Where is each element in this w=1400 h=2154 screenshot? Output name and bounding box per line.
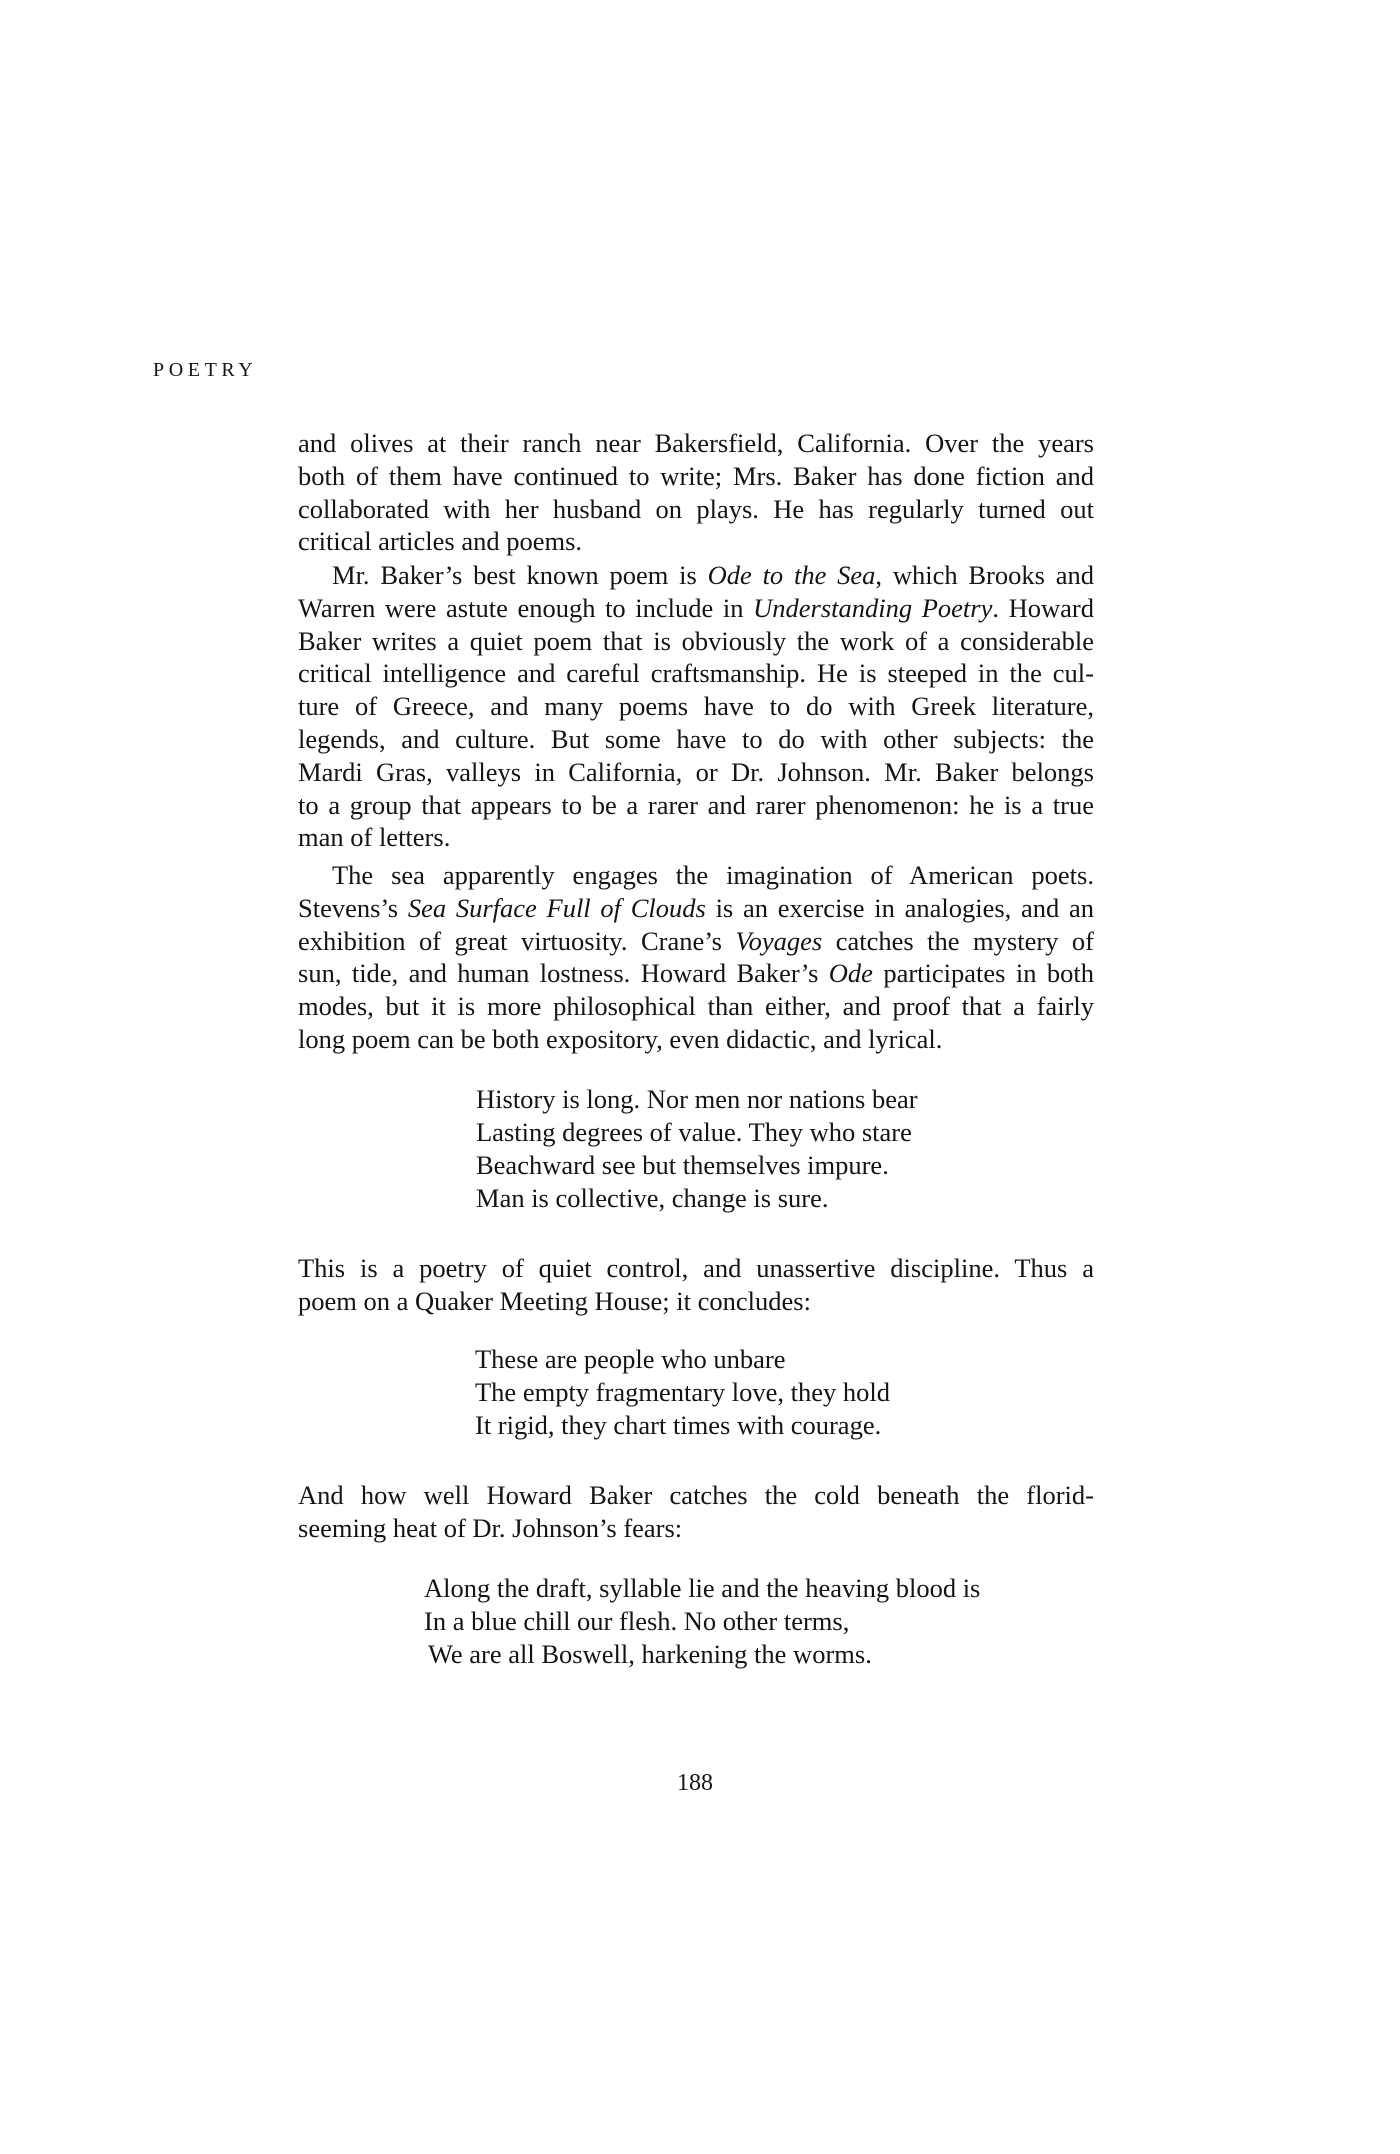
paragraph: And how well Howard Baker catches the co… [298,1479,1094,1545]
text-run: Baker writes a quiet poem that is obviou… [298,626,1094,656]
text-run: to a group that appears to be a rarer an… [298,790,1094,820]
text-run: man of letters. [298,822,450,852]
verse-quotation: History is long. Nor men nor nations bea… [476,1083,918,1215]
text-line: modes, but it is more philosophical than… [298,990,1094,1023]
text-line: long poem can be both expository, even d… [298,1023,1094,1056]
text-run: catches the mystery of [822,926,1094,956]
text-line: to a group that appears to be a rarer an… [298,789,1094,822]
text-line: Warren were astute enough to include in … [298,592,1094,625]
verse-line: Man is collective, change is sure. [476,1182,918,1215]
text-run: . Howard [992,593,1094,623]
verse-line: Lasting degrees of value. They who stare [476,1116,918,1149]
text-run: exhibition of great virtuosity. Crane’s [298,926,735,956]
verse-line: In a blue chill our flesh. No other term… [424,1605,980,1638]
text-run: And how well Howard Baker catches the co… [298,1480,1094,1510]
text-run: seeming heat of Dr. Johnson’s fears: [298,1513,682,1543]
text-run: , which Brooks and [875,560,1094,590]
text-run: legends, and culture. But some have to d… [298,724,1094,754]
paragraph: The sea apparently engages the imaginati… [298,859,1094,1056]
text-line: legends, and culture. But some have to d… [298,723,1094,756]
italic-title: Ode [829,958,873,988]
paragraph: and olives at their ranch near Bakersfie… [298,427,1094,558]
text-line: sun, tide, and human lostness. Howard Ba… [298,957,1094,990]
text-line: critical articles and poems. [298,525,1094,558]
text-run: critical intelligence and careful crafts… [298,658,1094,688]
verse-line: We are all Boswell, harkening the worms. [424,1638,980,1671]
text-run: and olives at their ranch near Bakersfie… [298,428,1094,458]
text-line: ture of Greece, and many poems have to d… [298,690,1094,723]
text-line: Mardi Gras, valleys in California, or Dr… [298,756,1094,789]
text-run: both of them have continued to write; Mr… [298,461,1094,491]
text-line: Stevens’s Sea Surface Full of Clouds is … [298,892,1094,925]
text-line: And how well Howard Baker catches the co… [298,1479,1094,1512]
verse-line: It rigid, they chart times with courage. [475,1409,890,1442]
text-run: This is a poetry of quiet control, and u… [298,1253,1094,1283]
text-run: poem on a Quaker Meeting House; it concl… [298,1286,811,1316]
text-run: modes, but it is more philosophical than… [298,991,1094,1021]
paragraph: This is a poetry of quiet control, and u… [298,1252,1094,1318]
italic-title: Understanding Poetry [753,593,992,623]
text-run: Warren were astute enough to include in [298,593,753,623]
text-line: man of letters. [298,821,1094,854]
text-run: collaborated with her husband on plays. … [298,494,1094,524]
verse-quotation: These are people who unbareThe empty fra… [475,1343,890,1442]
text-run: is an exercise in analogies, and an [706,893,1094,923]
text-line: Mr. Baker’s best known poem is Ode to th… [298,559,1094,592]
italic-title: Sea Surface Full of Clouds [408,893,706,923]
text-line: This is a poetry of quiet control, and u… [298,1252,1094,1285]
text-line: exhibition of great virtuosity. Crane’s … [298,925,1094,958]
verse-line: Along the draft, syllable lie and the he… [424,1572,980,1605]
italic-title: Voyages [735,926,822,956]
verse-line: These are people who unbare [475,1343,890,1376]
text-run: ture of Greece, and many poems have to d… [298,691,1094,721]
page-number: 188 [0,1768,1390,1798]
text-run: Mr. Baker’s best known poem is [332,560,708,590]
text-run: long poem can be both expository, even d… [298,1024,942,1054]
text-run: sun, tide, and human lostness. Howard Ba… [298,958,829,988]
text-run: Stevens’s [298,893,408,923]
text-run: Mardi Gras, valleys in California, or Dr… [298,757,1094,787]
verse-line: The empty fragmentary love, they hold [475,1376,890,1409]
italic-title: Ode to the Sea [708,560,876,590]
text-run: The sea apparently engages the imaginati… [332,860,1094,890]
text-line: collaborated with her husband on plays. … [298,493,1094,526]
paragraph: Mr. Baker’s best known poem is Ode to th… [298,559,1094,854]
text-line: Baker writes a quiet poem that is obviou… [298,625,1094,658]
text-run: participates in both [873,958,1094,988]
verse-line: Beachward see but themselves impure. [476,1149,918,1182]
text-line: critical intelligence and careful crafts… [298,657,1094,690]
text-line: and olives at their ranch near Bakersfie… [298,427,1094,460]
verse-line: History is long. Nor men nor nations bea… [476,1083,918,1116]
verse-quotation: Along the draft, syllable lie and the he… [424,1572,980,1671]
text-line: The sea apparently engages the imaginati… [298,859,1094,892]
text-line: poem on a Quaker Meeting House; it concl… [298,1285,1094,1318]
text-line: both of them have continued to write; Mr… [298,460,1094,493]
running-head: POETRY [153,358,257,382]
text-line: seeming heat of Dr. Johnson’s fears: [298,1512,1094,1545]
text-run: critical articles and poems. [298,526,582,556]
